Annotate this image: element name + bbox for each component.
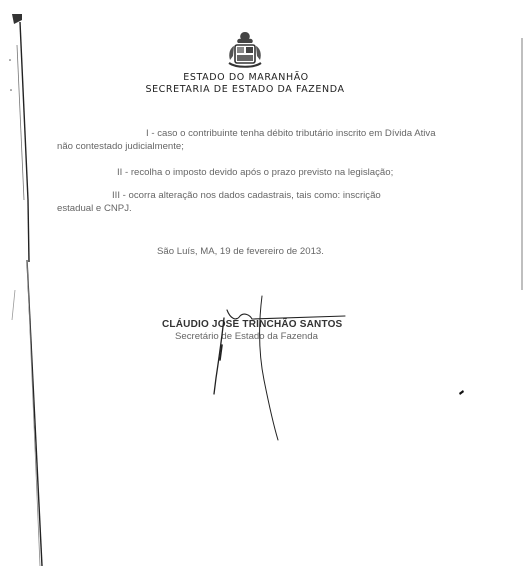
scanned-document-page: ESTADO DO MARANHÃO SECRETARIA DE ESTADO … xyxy=(0,0,528,566)
item-3-line-2: estadual e CNPJ. xyxy=(57,203,132,214)
handwritten-signature xyxy=(214,296,345,440)
item-1-line-2: não contestado judicialmente; xyxy=(57,141,184,152)
binding-edge-lines xyxy=(9,14,42,566)
state-name-heading: ESTADO DO MARANHÃO xyxy=(0,72,492,83)
department-heading: SECRETARIA DE ESTADO DA FAZENDA xyxy=(0,84,490,95)
ink-speck xyxy=(459,390,464,395)
signatory-role: Secretário de Estado da Fazenda xyxy=(175,331,318,342)
item-1-line-1: I - caso o contribuinte tenha débito tri… xyxy=(146,128,436,139)
coat-of-arms-icon xyxy=(224,30,266,70)
item-3-line-1: III - ocorra alteração nos dados cadastr… xyxy=(112,190,381,201)
place-and-date: São Luís, MA, 19 de fevereiro de 2013. xyxy=(157,246,324,257)
item-2: II - recolha o imposto devido após o pra… xyxy=(117,167,393,178)
signatory-name: CLÁUDIO JOSÉ TRINCHÃO SANTOS xyxy=(162,319,342,330)
